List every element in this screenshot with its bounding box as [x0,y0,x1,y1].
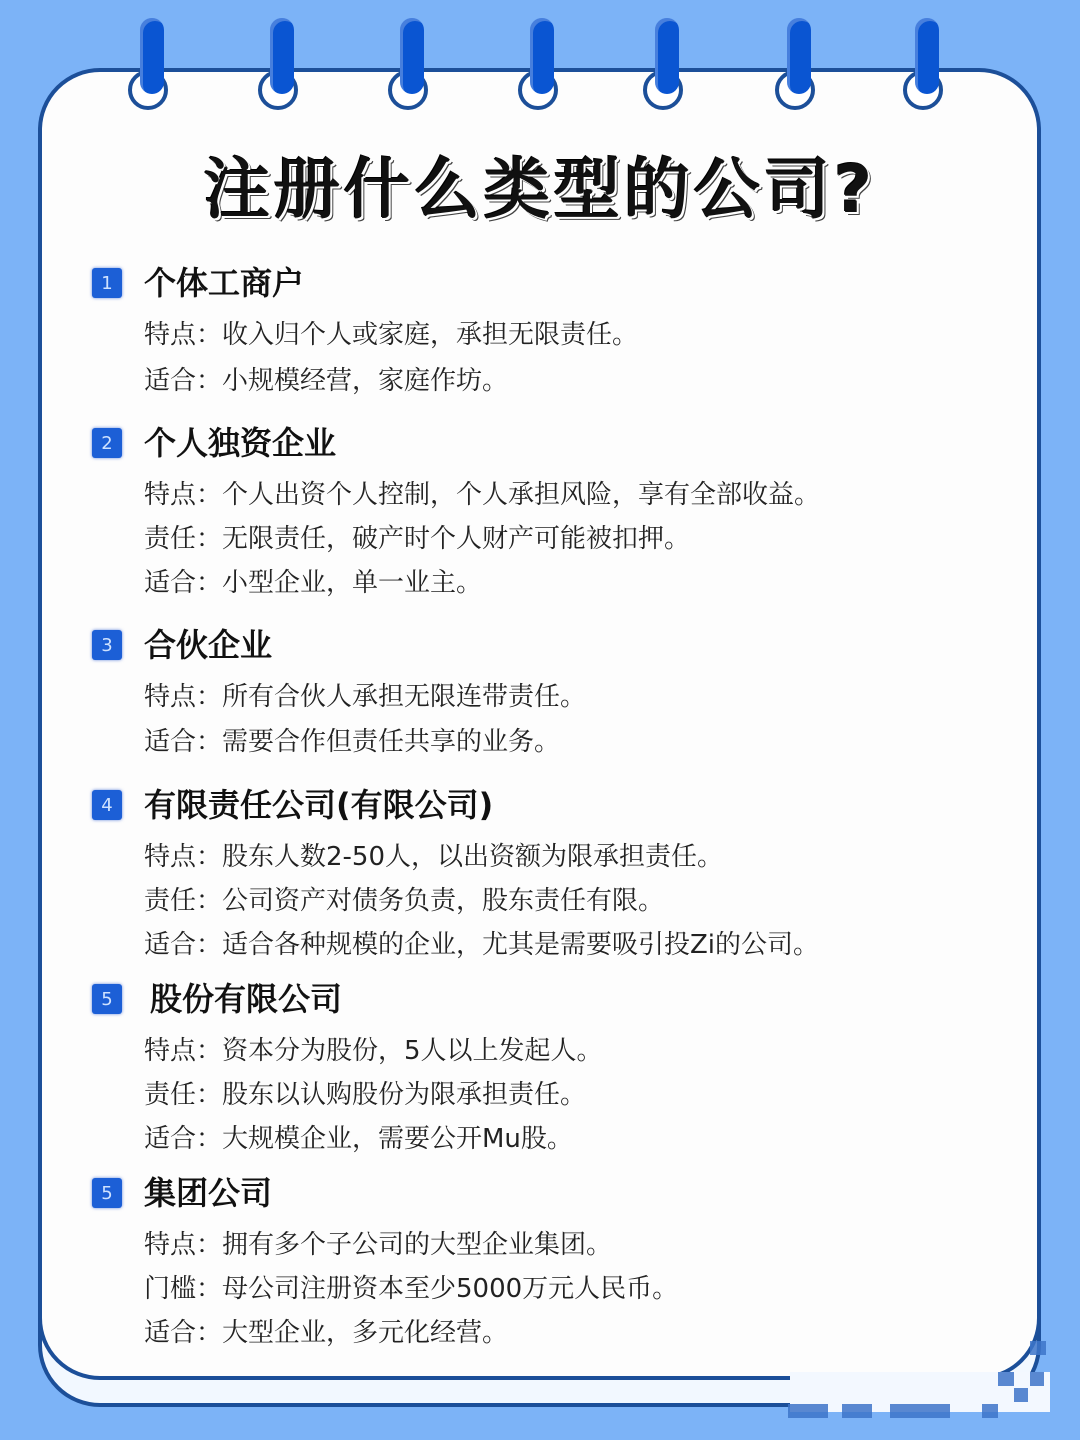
number-badge: 4 [92,790,122,820]
section-title: 股份有限公司 [150,974,342,1020]
page-title: 注册什么类型的公司? [0,136,1080,231]
section-title: 个人独资企业 [144,418,336,464]
section-line: 特点：收入归个人或家庭，承担无限责任。 [144,314,638,351]
section-title: 有限责任公司(有限公司) [144,780,493,826]
binder-ring-icon [782,18,816,110]
number-badge: 1 [92,268,122,298]
binder-ring-icon [910,18,944,110]
number-badge: 5 [92,1178,122,1208]
section-line: 适合：小型企业，单一业主。 [144,562,482,599]
section-line: 适合：大规模企业，需要公开Mu股。 [144,1118,573,1155]
section-line: 责任：无限责任，破产时个人财产可能被扣押。 [144,518,690,555]
binder-ring-icon [265,18,299,110]
section-title: 集团公司 [144,1168,272,1214]
section-line: 责任：公司资产对债务负责，股东责任有限。 [144,880,664,917]
binder-ring-icon [395,18,429,110]
binder-ring-icon [525,18,559,110]
section-line: 适合：小规模经营，家庭作坊。 [144,360,508,397]
section-line: 特点：资本分为股份，5人以上发起人。 [144,1030,603,1067]
binder-ring-icon [650,18,684,110]
section-line: 适合：大型企业，多元化经营。 [144,1312,508,1349]
section-line: 特点：所有合伙人承担无限连带责任。 [144,676,586,713]
section-line: 适合：适合各种规模的企业，尤其是需要吸引投Zi的公司。 [144,924,819,961]
section-line: 特点：个人出资个人控制，个人承担风险，享有全部收益。 [144,474,820,511]
section-title: 合伙企业 [144,620,272,666]
section-line: 适合：需要合作但责任共享的业务。 [144,721,560,758]
section-line: 责任：股东以认购股份为限承担责任。 [144,1074,586,1111]
section-line: 特点：拥有多个子公司的大型企业集团。 [144,1224,612,1261]
number-badge: 5 [92,984,122,1014]
section-line: 门槛：母公司注册资本至少5000万元人民币。 [144,1268,678,1305]
binder-ring-icon [135,18,169,110]
number-badge: 3 [92,630,122,660]
section-title: 个体工商户 [144,258,304,304]
number-badge: 2 [92,428,122,458]
section-line: 特点：股东人数2-50人，以出资额为限承担责任。 [144,836,723,873]
